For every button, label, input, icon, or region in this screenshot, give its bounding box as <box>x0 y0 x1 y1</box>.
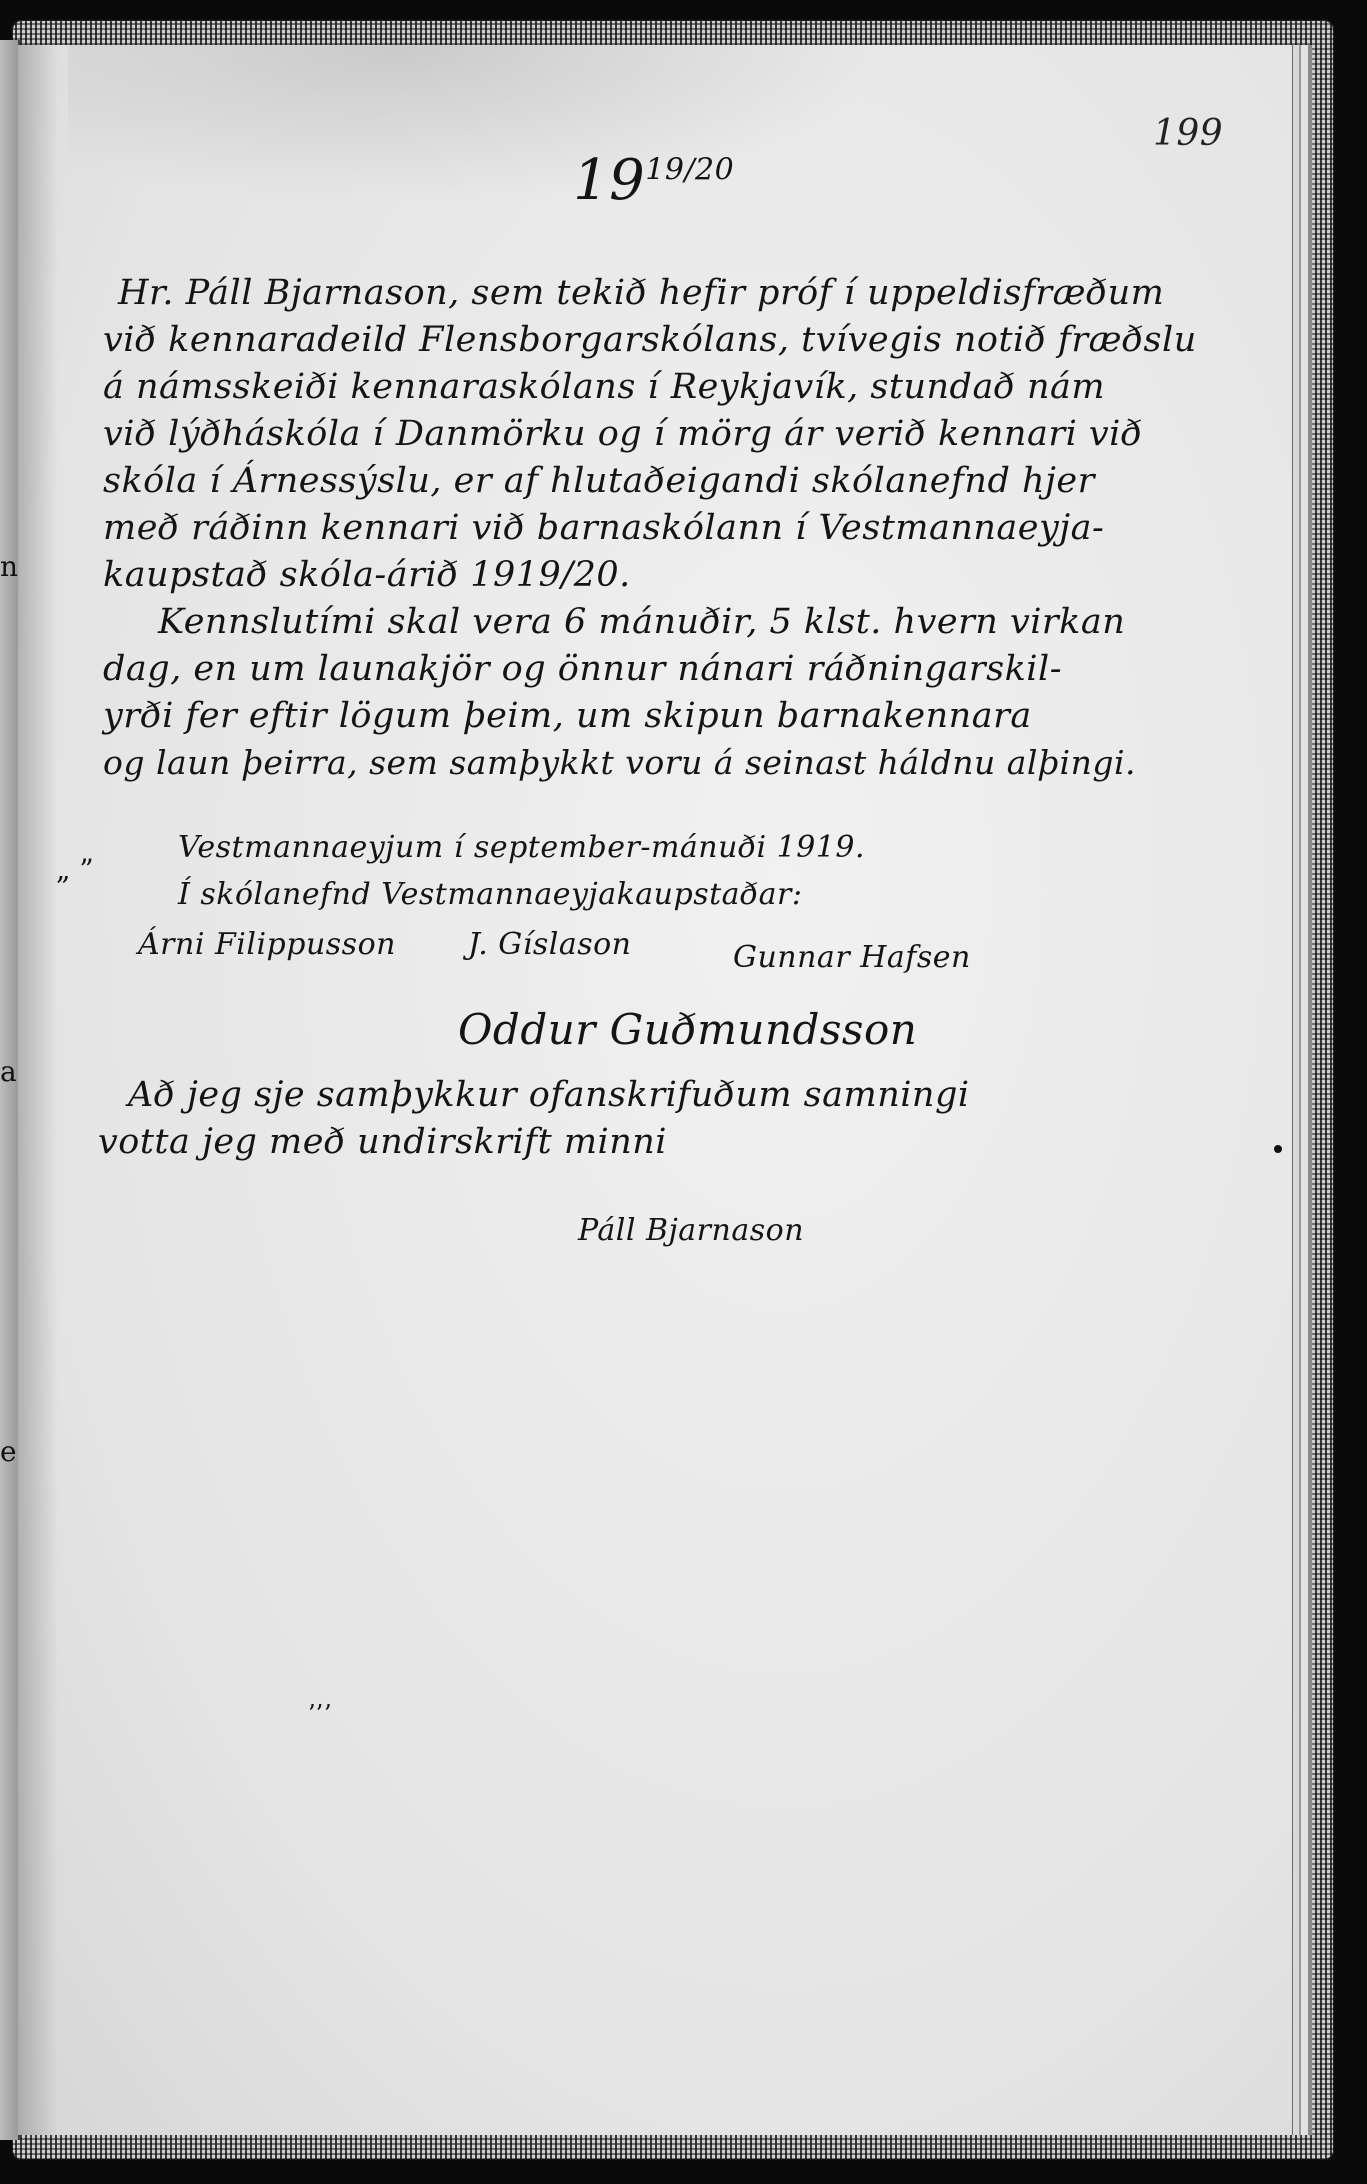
place-and-date: Vestmannaeyjum í september-mánuði 1919. <box>178 830 865 865</box>
text-line: við lýðháskóla í Danmörku og í mörg ár v… <box>103 414 1142 454</box>
stray-ink-mark: „ ” <box>56 853 94 886</box>
margin-mark: e <box>0 1435 17 1468</box>
text-line: og laun þeirra, sem samþykkt voru á sein… <box>103 743 1136 782</box>
text-line: yrði fer eftir lögum þeim, um skipun bar… <box>103 696 1032 736</box>
text-line: með ráðinn kennari við barnaskólann í Ve… <box>103 508 1104 548</box>
text-line: skóla í Árnessýslu, er af hlutaðeigandi … <box>103 461 1095 501</box>
text-line: kaupstað skóla-árið 1919/20. <box>103 555 631 595</box>
stray-ink-mark: ’’ʼ <box>308 1700 331 1728</box>
ink-dot <box>1274 1145 1282 1153</box>
signature-arni-filippusson: Árni Filippusson <box>138 927 396 962</box>
year-fraction: 19/20 <box>645 152 734 187</box>
signature-oddur: Oddur Guðmundsson <box>458 1005 917 1054</box>
text-line: dag, en um launakjör og önnur nánari ráð… <box>103 649 1062 689</box>
text-line: við kennaradeild Flensborgarskólans, tví… <box>103 320 1197 360</box>
water-stain <box>68 45 888 205</box>
signature-gunnar-hafsen: Gunnar Hafsen <box>733 940 971 975</box>
acceptance-line: Að jeg sje samþykkur ofanskrifuðum samni… <box>128 1075 970 1115</box>
committee-line: Í skólanefnd Vestmannaeyjakaupstaðar: <box>178 877 802 912</box>
previous-page-edge: n a e <box>0 40 20 2140</box>
margin-mark: n <box>0 550 18 583</box>
signature-pall-bjarnason: Páll Bjarnason <box>578 1213 804 1248</box>
margin-mark: a <box>0 1055 17 1088</box>
signature-j-gislason: J. Gíslason <box>468 927 631 962</box>
ledger-page: 199 1919/20 Hr. Páll Bjarnason, sem teki… <box>18 45 1292 2135</box>
page-block-edges <box>1290 45 1312 2135</box>
year-heading: 1919/20 <box>573 148 734 213</box>
acceptance-line: votta jeg með undirskrift minni <box>98 1122 667 1162</box>
text-line: á námsskeiði kennaraskólans í Reykjavík,… <box>103 367 1105 407</box>
text-line: Hr. Páll Bjarnason, sem tekið hefir próf… <box>118 273 1164 313</box>
page-number: 199 <box>1153 113 1223 154</box>
text-line: Kennslutími skal vera 6 mánuðir, 5 klst.… <box>158 602 1125 642</box>
